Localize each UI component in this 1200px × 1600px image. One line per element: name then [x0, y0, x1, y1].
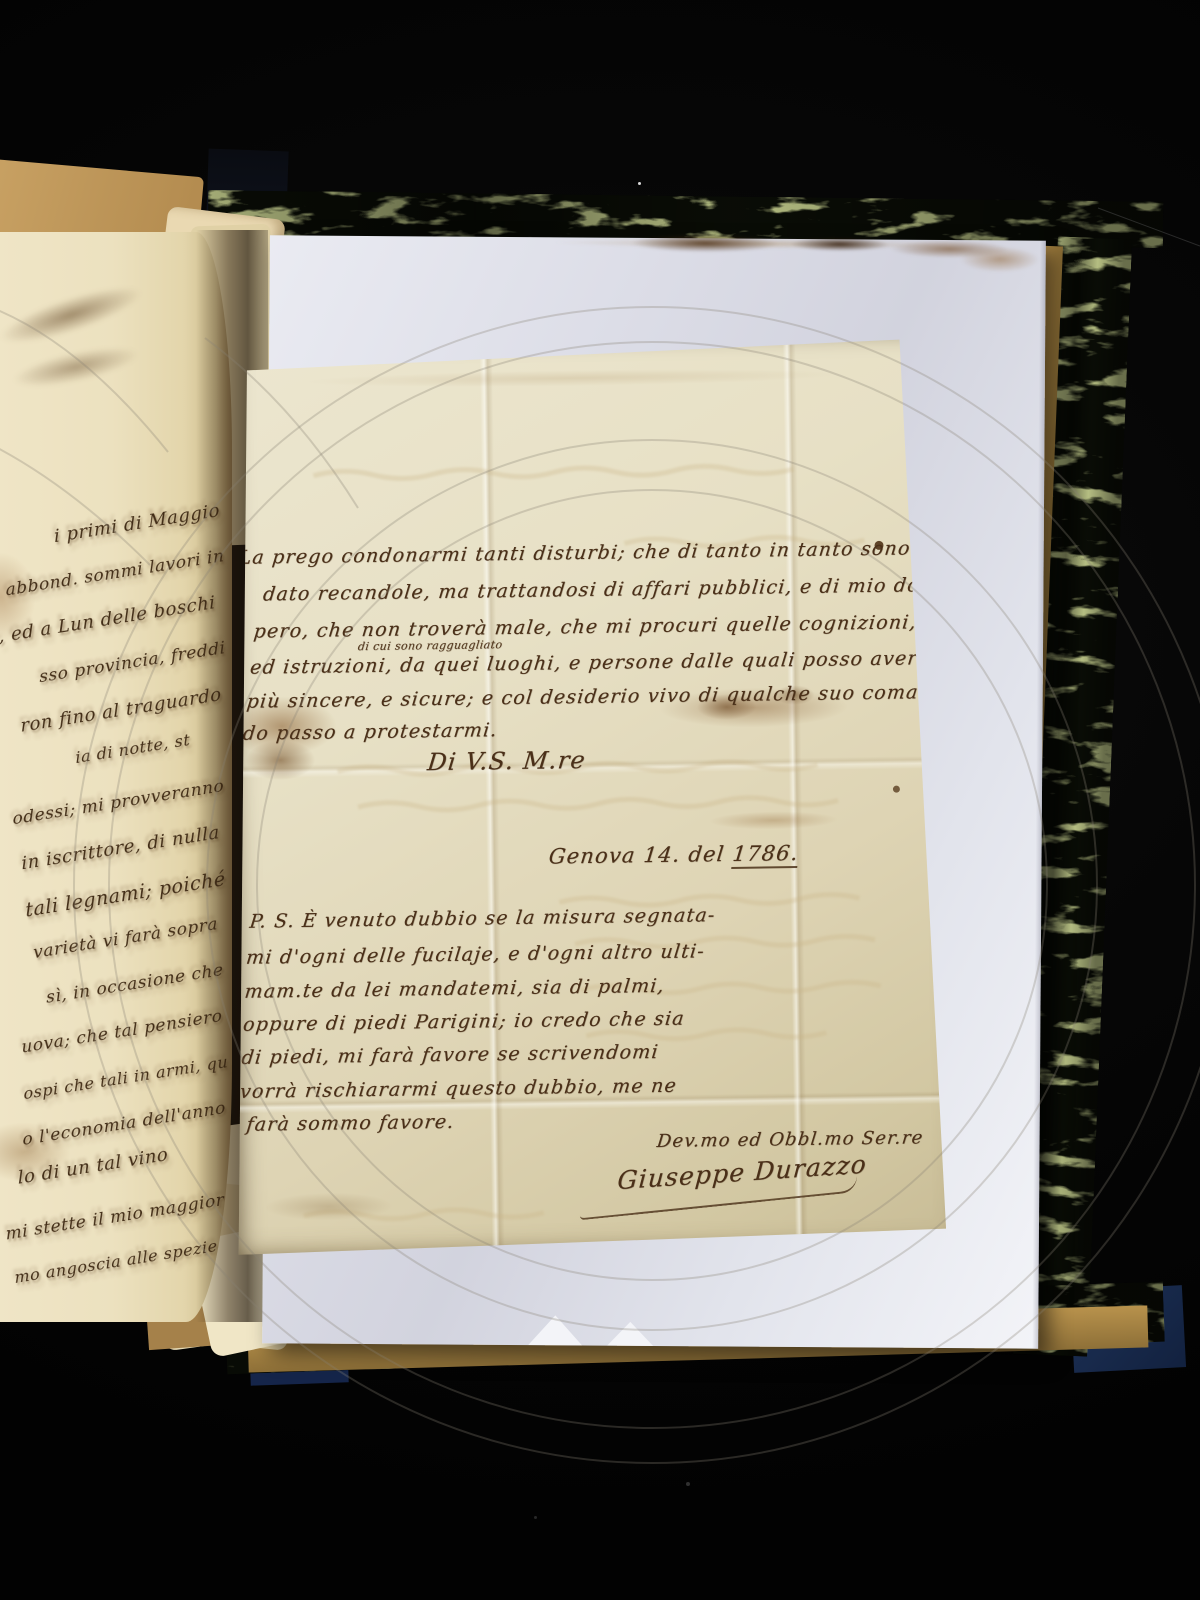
dateline-year: 1786.	[731, 841, 800, 869]
dust-speck	[638, 182, 641, 185]
burn-mark	[790, 237, 890, 252]
left-page-line: ia di notte, st	[75, 730, 191, 767]
sheet-fold-notch	[528, 1315, 582, 1345]
dust-speck	[686, 1482, 690, 1486]
left-page-line: uova; che tal pensiero	[20, 1006, 222, 1058]
letter-line: do passo a protestarmi.	[242, 719, 499, 745]
burn-mark	[960, 246, 1040, 273]
postscript-line: farà sommo favore.	[245, 1111, 455, 1136]
left-page-line: ron fino al traguardo	[20, 684, 222, 737]
left-page-line: abbond. sommi lavori in	[5, 546, 225, 601]
dateline: Genova 14. del 1786.	[548, 841, 800, 869]
left-page-line: odessi; mi provveranno	[12, 776, 225, 830]
burn-mark	[630, 234, 780, 253]
left-page-line: mi stette il mio maggior	[5, 1190, 225, 1245]
letter-page: La prego condonarmi tanti disturbi; che …	[222, 339, 947, 1255]
left-page-line: varietà vi farà sopra	[33, 914, 219, 963]
interline-insertion: di cui sono ragguagliato	[357, 638, 503, 653]
dust-speck	[534, 1516, 537, 1519]
salutation: Di V.S. M.re	[426, 746, 587, 776]
letter-ink-dot	[893, 786, 900, 793]
left-page-line: in iscrittore, di nulla	[21, 822, 220, 874]
closing-formula: Dev.mo ed Obbl.mo Ser.re	[656, 1127, 925, 1152]
left-page-line: mo angoscia alle spezie	[14, 1236, 218, 1287]
sheet-fold-notch	[607, 1322, 653, 1346]
ink-smudge	[0, 276, 148, 355]
manuscript-photo: i primi di Maggio abbond. sommi lavori i…	[0, 0, 1200, 1600]
ink-smudge	[9, 339, 142, 395]
dateline-place: Genova 14. del	[548, 842, 726, 868]
